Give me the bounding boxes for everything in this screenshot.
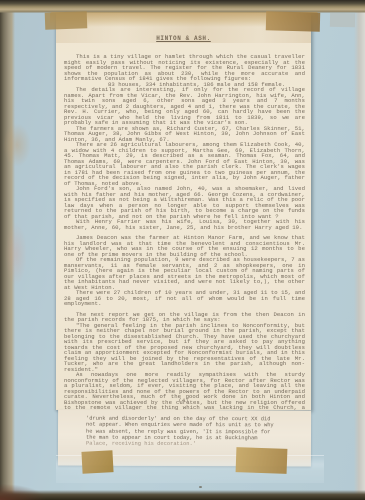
paragraph: James Deacon was the farmer at Hinton Ma… (64, 235, 305, 257)
paragraph: The next report we get on the village is… (64, 312, 305, 323)
page-number: (4) (56, 397, 311, 404)
paragraph: There are 26 agricultural labourers, amo… (64, 142, 305, 186)
mount-smudge (5, 222, 27, 286)
body-text: This is a tiny village or hamlet through… (56, 54, 311, 422)
tape-top-left (45, 11, 88, 29)
paragraph: Of the remaining population, 9 were desc… (64, 257, 305, 290)
tape-bottom-right (236, 447, 288, 474)
paragraph: This is a tiny village or hamlet through… (64, 54, 305, 82)
note-line: Palace, receiving his decoration.' (86, 441, 303, 448)
typewritten-page: HINTON & ASH. This is a tiny village or … (56, 13, 311, 410)
note-text: 'drunk and disorderly' and on the day of… (58, 410, 311, 448)
album-bottom-edge (0, 490, 365, 500)
tape-bottom-left (81, 450, 113, 474)
tape-top-right-grey (330, 13, 355, 27)
paragraph: John Ford's son, also named John, 40, wa… (64, 186, 305, 219)
tape-top-right (266, 11, 320, 31)
paragraph: With Henry Farrier was his wife, Louisa,… (64, 219, 305, 230)
album-right-edge (354, 10, 365, 496)
paragraph: The details are interesting, if only for… (64, 87, 305, 126)
paragraph: The farmers are shown as, Richard Custer… (64, 126, 305, 143)
mount-smudge (3, 123, 31, 167)
ink-speck (199, 486, 202, 488)
album-corner-stain (0, 484, 46, 500)
paragraph: There were 27 children of 10 years and u… (64, 290, 305, 307)
paragraph: "The general feeling in the parish incli… (64, 323, 305, 373)
